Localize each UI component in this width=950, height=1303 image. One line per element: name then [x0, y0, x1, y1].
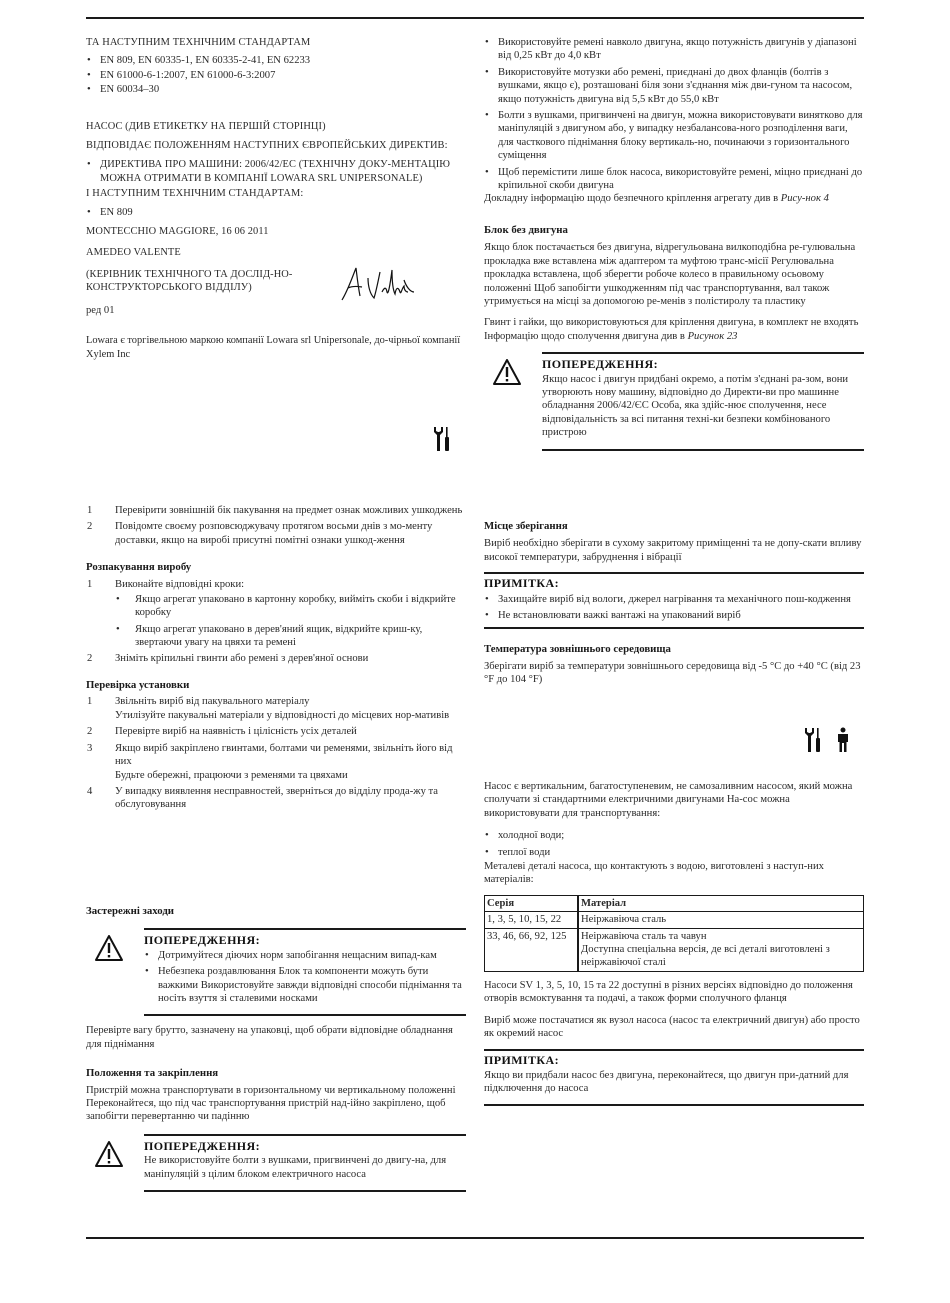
column-header: Матеріал	[578, 895, 864, 911]
inspection-section: 1Перевірити зовнішній бік пакування на п…	[86, 504, 466, 815]
supply-text: Виріб може постачатися як вузол насоса (…	[484, 1014, 864, 1041]
list-item: EN 809	[86, 206, 466, 219]
list-item: Дотримуйтеся діючих норм запобігання нещ…	[144, 949, 466, 962]
material-extra: Доступна спеціальна версія, де всі детал…	[581, 944, 830, 968]
note-list: Захищайте виріб від вологи, джерел нагрі…	[484, 593, 864, 623]
directives-heading: ВІДПОВІДАЄ ПОЛОЖЕННЯМ НАСТУПНИХ ЄВРОПЕЙС…	[86, 139, 466, 152]
list-item: Якщо агрегат упаковано в дерев'яний ящик…	[115, 623, 466, 650]
unpacking-steps: 1Виконайте відповідні кроки: Якщо агрега…	[86, 578, 466, 665]
standards2-list: EN 809	[86, 206, 466, 219]
step-text: Виконайте відповідні кроки:	[115, 579, 244, 590]
material-text: Неіржавіюча сталь та чавун	[581, 931, 707, 942]
step-number: 2	[87, 652, 92, 665]
list-item: EN 61000-6-1:2007, EN 61000-6-3:2007	[86, 69, 466, 82]
sv-text: Насоси SV 1, 3, 5, 10, 15 та 22 доступні…	[484, 979, 864, 1006]
no-motor-text: Якщо блок постачається без двигуна, відр…	[484, 241, 864, 308]
series-cell: 1, 3, 5, 10, 15, 22	[485, 912, 579, 928]
list-item: Використовуйте ремені навколо двигуна, я…	[484, 36, 864, 63]
step-extra: Будьте обережні, працюючи з ременями та …	[115, 770, 348, 781]
list-item: 4У випадку виявлення несправностей, звер…	[86, 785, 466, 812]
signature	[338, 262, 418, 304]
list-item: 1Звільніть виріб від пакувального матері…	[86, 695, 466, 722]
step-text: У випадку виявлення несправностей, зверн…	[115, 786, 438, 810]
signer-title: (КЕРІВНИК ТЕХНІЧНОГО ТА ДОСЛІД-НО-КОНСТР…	[86, 268, 326, 295]
step-text: Перевірте виріб на наявність і цілісніст…	[115, 726, 357, 737]
list-item: 3Якщо виріб закріплено гвинтами, болтами…	[86, 742, 466, 782]
material-cell: Неіржавіюча сталь	[578, 912, 864, 928]
ambient-text: Зберігати виріб за температури зовнішньо…	[484, 660, 864, 687]
list-item: Болти з вушками, пригвинчені на двигун, …	[484, 109, 864, 163]
warning-box: ПОПЕРЕДЖЕННЯ: Якщо насос і двигун придба…	[484, 352, 864, 450]
step-text: Якщо виріб закріплено гвинтами, болтами …	[115, 743, 453, 767]
table-row: 1, 3, 5, 10, 15, 22 Неіржавіюча сталь	[485, 912, 864, 928]
list-item: 2Повідомте своєму розповсюджувачу протяг…	[86, 520, 466, 547]
list-item: 2Зніміть кріпильні гвинти або ремені з д…	[86, 652, 466, 665]
note-box: ПРИМІТКА: Захищайте виріб від вологи, дж…	[484, 572, 864, 629]
check-steps: 1Звільніть виріб від пакувального матері…	[86, 695, 466, 811]
list-item: Небезпека роздавлювання Блок та компонен…	[144, 965, 466, 1005]
precautions-heading: Застережні заходи	[86, 905, 466, 918]
warning-box: ПОПЕРЕДЖЕННЯ: Не використовуйте болти з …	[86, 1134, 466, 1192]
step-number: 3	[87, 742, 92, 755]
warning-box: ПОПЕРЕДЖЕННЯ: Дотримуйтеся діючих норм з…	[86, 928, 466, 1016]
description-section: Насос є вертикальним, багатоступеневим, …	[484, 780, 864, 1106]
warning-content: ПОПЕРЕДЖЕННЯ: Якщо насос і двигун придба…	[542, 352, 864, 450]
list-item: теплої води	[484, 846, 864, 859]
no-motor-text2-body: Гвинт і гайки, що використовуються для к…	[484, 317, 858, 341]
step-text: Звільніть виріб від пакувального матеріа…	[115, 696, 309, 707]
note-title: ПРИМІТКА:	[484, 1054, 864, 1067]
note-box: ПРИМІТКА: Якщо ви придбали насос без дви…	[484, 1049, 864, 1106]
warning-list: Дотримуйтеся діючих норм запобігання нещ…	[144, 949, 466, 1006]
tools-icon	[804, 727, 822, 753]
step-number: 4	[87, 785, 92, 798]
signer-name: AMEDEO VALENTE	[86, 246, 466, 259]
list-item: EN 809, EN 60335-1, EN 60335-2-41, EN 62…	[86, 54, 466, 67]
warning-triangle-icon	[94, 1140, 124, 1168]
right-column: Використовуйте ремені навколо двигуна, я…	[484, 36, 864, 451]
warning-text: Не використовуйте болти з вушками, пригв…	[144, 1154, 466, 1181]
storage-heading: Місце зберігання	[484, 520, 864, 533]
list-item: Використовуйте мотузки або ремені, приєд…	[484, 66, 864, 106]
warning-title: ПОПЕРЕДЖЕННЯ:	[144, 1140, 466, 1153]
pump-line: НАСОС (ДИВ ЕТИКЕТКУ НА ПЕРШІЙ СТОРІНЦІ)	[86, 120, 466, 133]
standards-heading: ТА НАСТУПНИМ ТЕХНІЧНИМ СТАНДАРТАМ	[86, 36, 466, 49]
detail-text: Докладну інформацію щодо безпечного кріп…	[484, 192, 864, 205]
left-column: ТА НАСТУПНИМ ТЕХНІЧНИМ СТАНДАРТАМ EN 809…	[86, 36, 466, 361]
positioning-heading: Положення та закріплення	[86, 1067, 466, 1080]
step-extra: Утилізуйте пакувальні матеріали у відпов…	[115, 710, 449, 721]
list-item: EN 60034–30	[86, 83, 466, 96]
figure-link[interactable]: Рису-нок 4	[781, 193, 829, 204]
list-item: 1Перевірити зовнішній бік пакування на п…	[86, 504, 466, 517]
list-item: Не встановлювати важкі вантажі на упаков…	[484, 609, 864, 622]
step-number: 1	[87, 578, 92, 591]
description-text: Насос є вертикальним, багатоступеневим, …	[484, 780, 864, 820]
series-cell: 33, 46, 66, 92, 125	[485, 928, 579, 971]
standards2-heading: І НАСТУПНИМ ТЕХНІЧНИМ СТАНДАРТАМ:	[86, 187, 466, 200]
warning-text: Якщо насос і двигун придбані окремо, а п…	[542, 373, 864, 440]
check-heading: Перевірка установки	[86, 679, 466, 692]
table-header-row: Серія Матеріал	[485, 895, 864, 911]
positioning-text: Пристрій можна транспортувати в горизонт…	[86, 1084, 466, 1124]
materials-table: Серія Матеріал 1, 3, 5, 10, 15, 22 Неірж…	[484, 895, 864, 972]
storage-section: Місце зберігання Виріб необхідно зберіга…	[484, 520, 864, 687]
weight-text: Перевірте вагу брутто, зазначену на упак…	[86, 1024, 466, 1051]
unpacking-heading: Розпакування виробу	[86, 561, 466, 574]
tools-icon	[433, 426, 451, 452]
directives-list: ДИРЕКТИВА ПРО МАШИНИ: 2006/42/EC (ТЕХНІЧ…	[86, 158, 466, 185]
step-text: Повідомте своєму розповсюджувачу протяго…	[115, 521, 432, 545]
warning-title: ПОПЕРЕДЖЕННЯ:	[542, 358, 864, 371]
no-motor-text2: Гвинт і гайки, що використовуються для к…	[484, 316, 864, 343]
note-text: Якщо ви придбали насос без двигуна, пере…	[484, 1069, 864, 1096]
step-number: 1	[87, 504, 92, 517]
figure-link[interactable]: Рисунок 23	[688, 331, 738, 342]
step-text: Перевірити зовнішній бік пакування на пр…	[115, 505, 462, 516]
warning-content: ПОПЕРЕДЖЕННЯ: Дотримуйтеся діючих норм з…	[144, 928, 466, 1016]
trademark-text: Lowara є торгівельною маркою компанії Lo…	[86, 334, 466, 361]
step-number: 2	[87, 725, 92, 738]
table-row: 33, 46, 66, 92, 125 Неіржавіюча сталь та…	[485, 928, 864, 971]
material-cell: Неіржавіюча сталь та чавунДоступна спеці…	[578, 928, 864, 971]
ambient-heading: Температура зовнішнього середовища	[484, 643, 864, 656]
note-title: ПРИМІТКА:	[484, 577, 864, 590]
storage-text: Виріб необхідно зберігати в сухому закри…	[484, 537, 864, 564]
materials-text: Металеві деталі насоса, що контактують з…	[484, 860, 864, 887]
list-item: 2Перевірте виріб на наявність і цілісніс…	[86, 725, 466, 738]
list-item: Захищайте виріб від вологи, джерел нагрі…	[484, 593, 864, 606]
warning-content: ПОПЕРЕДЖЕННЯ: Не використовуйте болти з …	[144, 1134, 466, 1192]
step-number: 1	[87, 695, 92, 708]
list-item: ДИРЕКТИВА ПРО МАШИНИ: 2006/42/EC (ТЕХНІЧ…	[86, 158, 466, 185]
uses-list: холодної води; теплої води	[484, 829, 864, 859]
column-header: Серія	[485, 895, 579, 911]
warning-title: ПОПЕРЕДЖЕННЯ:	[144, 934, 466, 947]
detail-text-body: Докладну інформацію щодо безпечного кріп…	[484, 193, 781, 204]
no-motor-heading: Блок без двигуна	[484, 224, 864, 237]
top-rule	[86, 17, 864, 19]
standards-list: EN 809, EN 60335-1, EN 60335-2-41, EN 62…	[86, 54, 466, 96]
list-item: 1Виконайте відповідні кроки: Якщо агрега…	[86, 578, 466, 650]
list-item: Якщо агрегат упаковано в картонну коробк…	[115, 593, 466, 620]
step-number: 2	[87, 520, 92, 533]
list-item: Щоб перемістити лише блок насоса, викори…	[484, 166, 864, 193]
lifting-list: Використовуйте ремені навколо двигуна, я…	[484, 36, 864, 192]
sub-list: Якщо агрегат упаковано в картонну коробк…	[115, 593, 466, 650]
bottom-rule	[86, 1237, 864, 1239]
person-icon	[836, 727, 850, 753]
precautions-section: Застережні заходи ПОПЕРЕДЖЕННЯ: Дотримуй…	[86, 905, 466, 1192]
warning-triangle-icon	[492, 358, 522, 386]
list-item: холодної води;	[484, 829, 864, 842]
step-text: Зніміть кріпильні гвинти або ремені з де…	[115, 653, 368, 664]
inspection-steps: 1Перевірити зовнішній бік пакування на п…	[86, 504, 466, 547]
warning-triangle-icon	[94, 934, 124, 962]
place-date: MONTECCHIO MAGGIORE, 16 06 2011	[86, 225, 466, 238]
revision: ред 01	[86, 304, 466, 317]
